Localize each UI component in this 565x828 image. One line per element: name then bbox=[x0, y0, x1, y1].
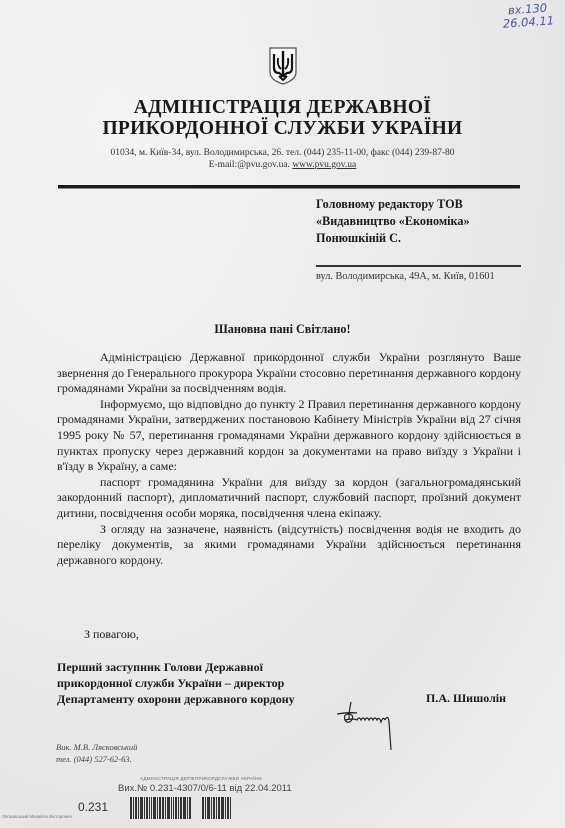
body-paragraph-2: Інформуємо, що відповідно до пункту 2 Пр… bbox=[57, 397, 521, 475]
letterhead-contacts: 01034, м. Київ-34, вул. Володимирська, 2… bbox=[0, 147, 565, 171]
letterhead-email: E-mail:@pvu.gov.ua. bbox=[209, 160, 290, 170]
recipient-line-1: Головному редактору ТОВ bbox=[316, 196, 470, 213]
organization-name: АДМІНІСТРАЦІЯ ДЕРЖАВНОЇ ПРИКОРДОННОЇ СЛУ… bbox=[0, 97, 565, 139]
signer-title-line-3: Департаменту охорони державного кордону bbox=[57, 691, 332, 707]
executor-name: Вик. М.В. Лясковський bbox=[56, 741, 137, 753]
body-paragraph-4: З огляду на зазначене, наявність (відсут… bbox=[57, 522, 521, 569]
signer-title: Перший заступник Голови Державної прикор… bbox=[57, 659, 332, 707]
handwritten-registration-note: вх.130 26.04.11 bbox=[495, 1, 561, 31]
executor-phone: тел. (044) 527-62-63. bbox=[56, 753, 137, 765]
registration-stamp-person: Лясковський Михайло Вікторович bbox=[2, 814, 72, 819]
signer-title-line-1: Перший заступник Голови Державної bbox=[57, 659, 332, 675]
executor-info: Вик. М.В. Лясковський тел. (044) 527-62-… bbox=[56, 741, 137, 765]
letterhead-address: 01034, м. Київ-34, вул. Володимирська, 2… bbox=[0, 147, 565, 159]
registration-stamp-number: 0.231 bbox=[78, 800, 108, 814]
handwritten-date: 26.04.11 bbox=[496, 14, 561, 31]
recipient-line-2: «Видавництво «Економіка» bbox=[316, 213, 470, 230]
barcode-icon bbox=[130, 797, 265, 819]
registration-outgoing-number: Вих.№ 0.231-4307/0/6-11 від 22.04.2011 bbox=[118, 783, 292, 794]
body-paragraph-3: паспорт громадянина України для виїзду з… bbox=[57, 475, 521, 522]
recipient-address: вул. Володимирська, 49А, м. Київ, 01601 bbox=[316, 271, 495, 282]
body-paragraph-1: Адміністрацією Державної прикордонної сл… bbox=[57, 350, 521, 397]
letterhead-website-link[interactable]: www.pvu.gov.ua bbox=[292, 160, 356, 170]
handwritten-signature-icon bbox=[333, 700, 423, 760]
closing-phrase: З повагою, bbox=[84, 627, 139, 642]
organization-name-line-2: ПРИКОРДОННОЇ СЛУЖБИ УКРАЇНИ bbox=[0, 118, 565, 139]
letterhead-divider bbox=[58, 185, 520, 189]
letter-body: Адміністрацією Державної прикордонної сл… bbox=[57, 350, 521, 568]
signer-name: П.А. Шишолін bbox=[426, 691, 506, 706]
recipient-divider bbox=[316, 265, 521, 267]
organization-name-line-1: АДМІНІСТРАЦІЯ ДЕРЖАВНОЇ bbox=[0, 97, 565, 118]
registration-stamp-header: АДМІНІСТРАЦІЯ ДЕРЖПРИКОРДСЛУЖБИ УКРАЇНИ bbox=[140, 776, 262, 781]
recipient-line-3: Понюшкіній С. bbox=[316, 230, 470, 247]
salutation: Шановна пані Світлано! bbox=[0, 322, 565, 337]
signer-title-line-2: прикордонної служби України – директор bbox=[57, 675, 332, 691]
trident-coat-of-arms-icon bbox=[268, 46, 298, 86]
recipient-block: Головному редактору ТОВ «Видавництво «Ек… bbox=[316, 196, 470, 247]
